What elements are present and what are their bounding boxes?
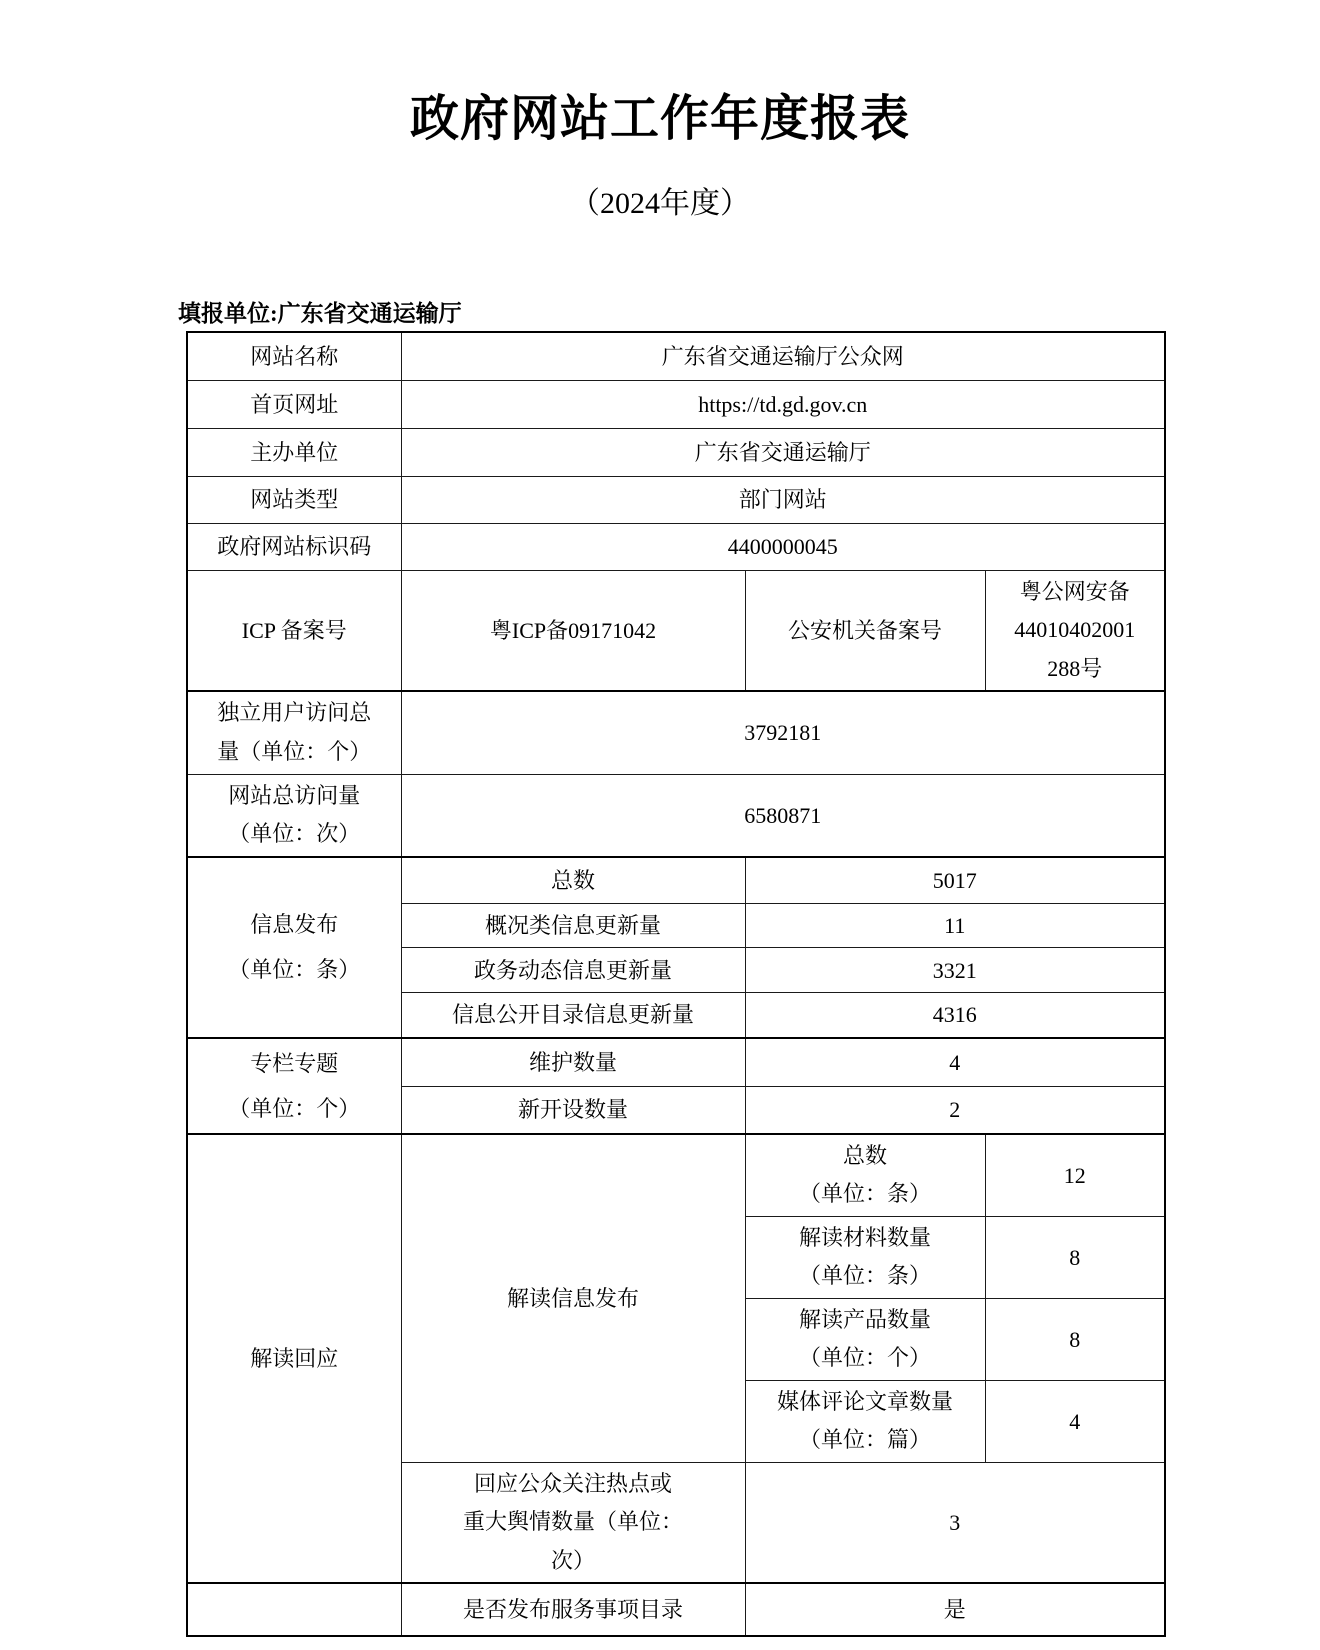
info-publish-total-label: 总数 <box>401 857 745 904</box>
interpretation-publish-label: 解读信息发布 <box>401 1134 745 1463</box>
service-catalog-label: 是否发布服务事项目录 <box>401 1583 745 1636</box>
site-type-value: 部门网站 <box>401 476 1165 523</box>
info-publish-total-row: 信息发布 （单位：条） 总数 5017 <box>187 857 1165 904</box>
organizer-value: 广东省交通运输厅 <box>401 428 1165 476</box>
info-publish-overview-value: 11 <box>745 904 1165 948</box>
total-visits-row: 网站总访问量 （单位：次） 6580871 <box>187 774 1165 857</box>
hotspot-response-value: 3 <box>745 1462 1165 1583</box>
hotspot-response-label: 回应公众关注热点或 重大舆情数量（单位： 次） <box>401 1462 745 1583</box>
info-publish-overview-label: 概况类信息更新量 <box>401 904 745 948</box>
interpret-total-label: 总数 （单位：条） <box>745 1134 985 1217</box>
icp-value: 粤ICP备09171042 <box>401 570 745 691</box>
police-record-label: 公安机关备案号 <box>745 570 985 691</box>
special-columns-maintain-value: 4 <box>745 1038 1165 1087</box>
site-name-row: 网站名称 广东省交通运输厅公众网 <box>187 332 1165 380</box>
organizer-row: 主办单位 广东省交通运输厅 <box>187 428 1165 476</box>
unique-visitors-row: 独立用户访问总 量（单位：个） 3792181 <box>187 691 1165 774</box>
info-publish-total-value: 5017 <box>745 857 1165 904</box>
page-subtitle: （2024年度） <box>0 178 1320 222</box>
service-catalog-row: 是否发布服务事项目录 是 <box>187 1583 1165 1636</box>
home-url-label: 首页网址 <box>187 380 401 428</box>
info-publish-catalog-value: 4316 <box>745 993 1165 1038</box>
special-columns-maintain-label: 维护数量 <box>401 1038 745 1087</box>
interpret-total-value: 12 <box>985 1134 1165 1217</box>
special-columns-new-value: 2 <box>745 1087 1165 1134</box>
unique-visitors-value: 3792181 <box>401 691 1165 774</box>
report-page: 政府网站工作年度报表 （2024年度） 填报单位:广东省交通运输厅 网站名称 广… <box>0 0 1320 1650</box>
site-code-label: 政府网站标识码 <box>187 523 401 570</box>
annual-report-table: 网站名称 广东省交通运输厅公众网 首页网址 https://td.gd.gov.… <box>186 331 1166 1637</box>
reporting-unit-label: 填报单位:广东省交通运输厅 <box>178 295 462 328</box>
site-name-label: 网站名称 <box>187 332 401 380</box>
interpret-media-value: 4 <box>985 1380 1165 1462</box>
interpret-material-label: 解读材料数量 （单位：条） <box>745 1216 985 1298</box>
unique-visitors-label: 独立用户访问总 量（单位：个） <box>187 691 401 774</box>
interpret-product-value: 8 <box>985 1298 1165 1380</box>
icp-row: ICP 备案号 粤ICP备09171042 公安机关备案号 粤公网安备 4401… <box>187 570 1165 691</box>
site-type-row: 网站类型 部门网站 <box>187 476 1165 523</box>
site-code-row: 政府网站标识码 4400000045 <box>187 523 1165 570</box>
total-visits-label: 网站总访问量 （单位：次） <box>187 774 401 857</box>
info-publish-catalog-label: 信息公开目录信息更新量 <box>401 993 745 1038</box>
interpret-product-label: 解读产品数量 （单位：个） <box>745 1298 985 1380</box>
organizer-label: 主办单位 <box>187 428 401 476</box>
site-name-value: 广东省交通运输厅公众网 <box>401 332 1165 380</box>
total-visits-value: 6580871 <box>401 774 1165 857</box>
home-url-row: 首页网址 https://td.gd.gov.cn <box>187 380 1165 428</box>
police-record-value: 粤公网安备 44010402001 288号 <box>985 570 1165 691</box>
site-type-label: 网站类型 <box>187 476 401 523</box>
unfilled-section-cell <box>187 1583 401 1636</box>
interpret-total-row: 解读回应 解读信息发布 总数 （单位：条） 12 <box>187 1134 1165 1217</box>
service-catalog-value: 是 <box>745 1583 1165 1636</box>
page-title: 政府网站工作年度报表 <box>0 80 1320 150</box>
info-publish-section-label: 信息发布 （单位：条） <box>187 857 401 1038</box>
info-publish-news-value: 3321 <box>745 948 1165 993</box>
interpret-material-value: 8 <box>985 1216 1165 1298</box>
interpret-media-label: 媒体评论文章数量 （单位：篇） <box>745 1380 985 1462</box>
special-columns-section-label: 专栏专题 （单位：个） <box>187 1038 401 1134</box>
interpretation-section-label: 解读回应 <box>187 1134 401 1584</box>
special-columns-new-label: 新开设数量 <box>401 1087 745 1134</box>
special-columns-maintain-row: 专栏专题 （单位：个） 维护数量 4 <box>187 1038 1165 1087</box>
site-code-value: 4400000045 <box>401 523 1165 570</box>
info-publish-news-label: 政务动态信息更新量 <box>401 948 745 993</box>
home-url-value: https://td.gd.gov.cn <box>401 380 1165 428</box>
icp-label: ICP 备案号 <box>187 570 401 691</box>
